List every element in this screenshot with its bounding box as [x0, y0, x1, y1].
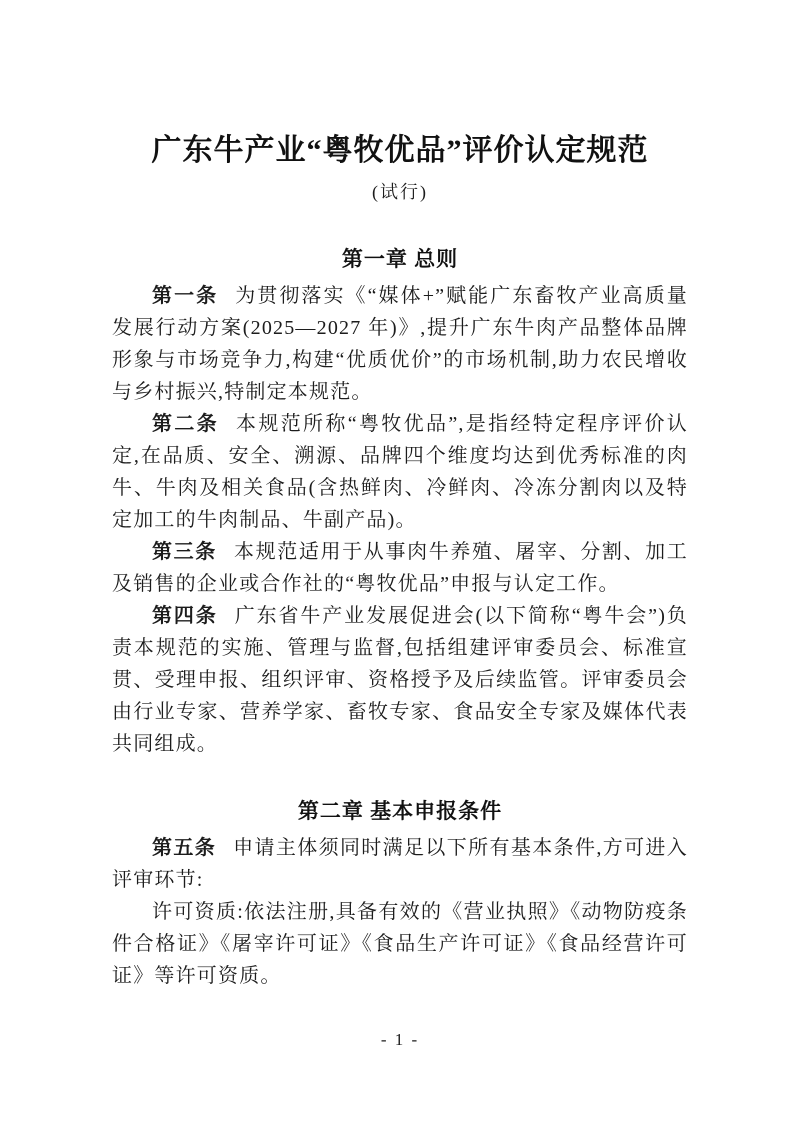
article-5-label: 第五条	[152, 837, 216, 859]
article-4-paragraph: 第四条广东省牛产业发展促进会(以下简称“粤牛会”)负责本规范的实施、管理与监督,…	[112, 600, 688, 760]
document-subtitle: (试行)	[112, 179, 688, 205]
article-5-paragraph: 第五条申请主体须同时满足以下所有基本条件,方可进入评审环节:	[112, 832, 688, 896]
article-3-label: 第三条	[152, 541, 217, 563]
document-title: 广东牛产业“粤牧优品”评价认定规范	[112, 0, 688, 171]
page-number: - 1 -	[0, 1030, 800, 1050]
article-4-label: 第四条	[152, 605, 218, 627]
license-qualification-paragraph: 许可资质:依法注册,具备有效的《营业执照》《动物防疫条件合格证》《屠宰许可证》《…	[112, 896, 688, 992]
article-2-paragraph: 第二条本规范所称“粤牧优品”,是指经特定程序评价认定,在品质、安全、溯源、品牌四…	[112, 408, 688, 536]
article-1-paragraph: 第一条为贯彻落实《“媒体+”赋能广东畜牧产业高质量发展行动方案(2025—202…	[112, 280, 688, 408]
document-page: 广东牛产业“粤牧优品”评价认定规范 (试行) 第一章 总则 第一条为贯彻落实《“…	[0, 0, 800, 1123]
article-3-paragraph: 第三条本规范适用于从事肉牛养殖、屠宰、分割、加工及销售的企业或合作社的“粤牧优品…	[112, 536, 688, 600]
article-1-label: 第一条	[152, 285, 218, 307]
chapter-2-heading: 第二章 基本申报条件	[112, 795, 688, 827]
license-qualification-text: 许可资质:依法注册,具备有效的《营业执照》《动物防疫条件合格证》《屠宰许可证》《…	[112, 901, 688, 987]
article-2-label: 第二条	[152, 413, 219, 435]
chapter-1-heading: 第一章 总则	[112, 243, 688, 275]
article-4-text: 广东省牛产业发展促进会(以下简称“粤牛会”)负责本规范的实施、管理与监督,包括组…	[112, 605, 688, 755]
